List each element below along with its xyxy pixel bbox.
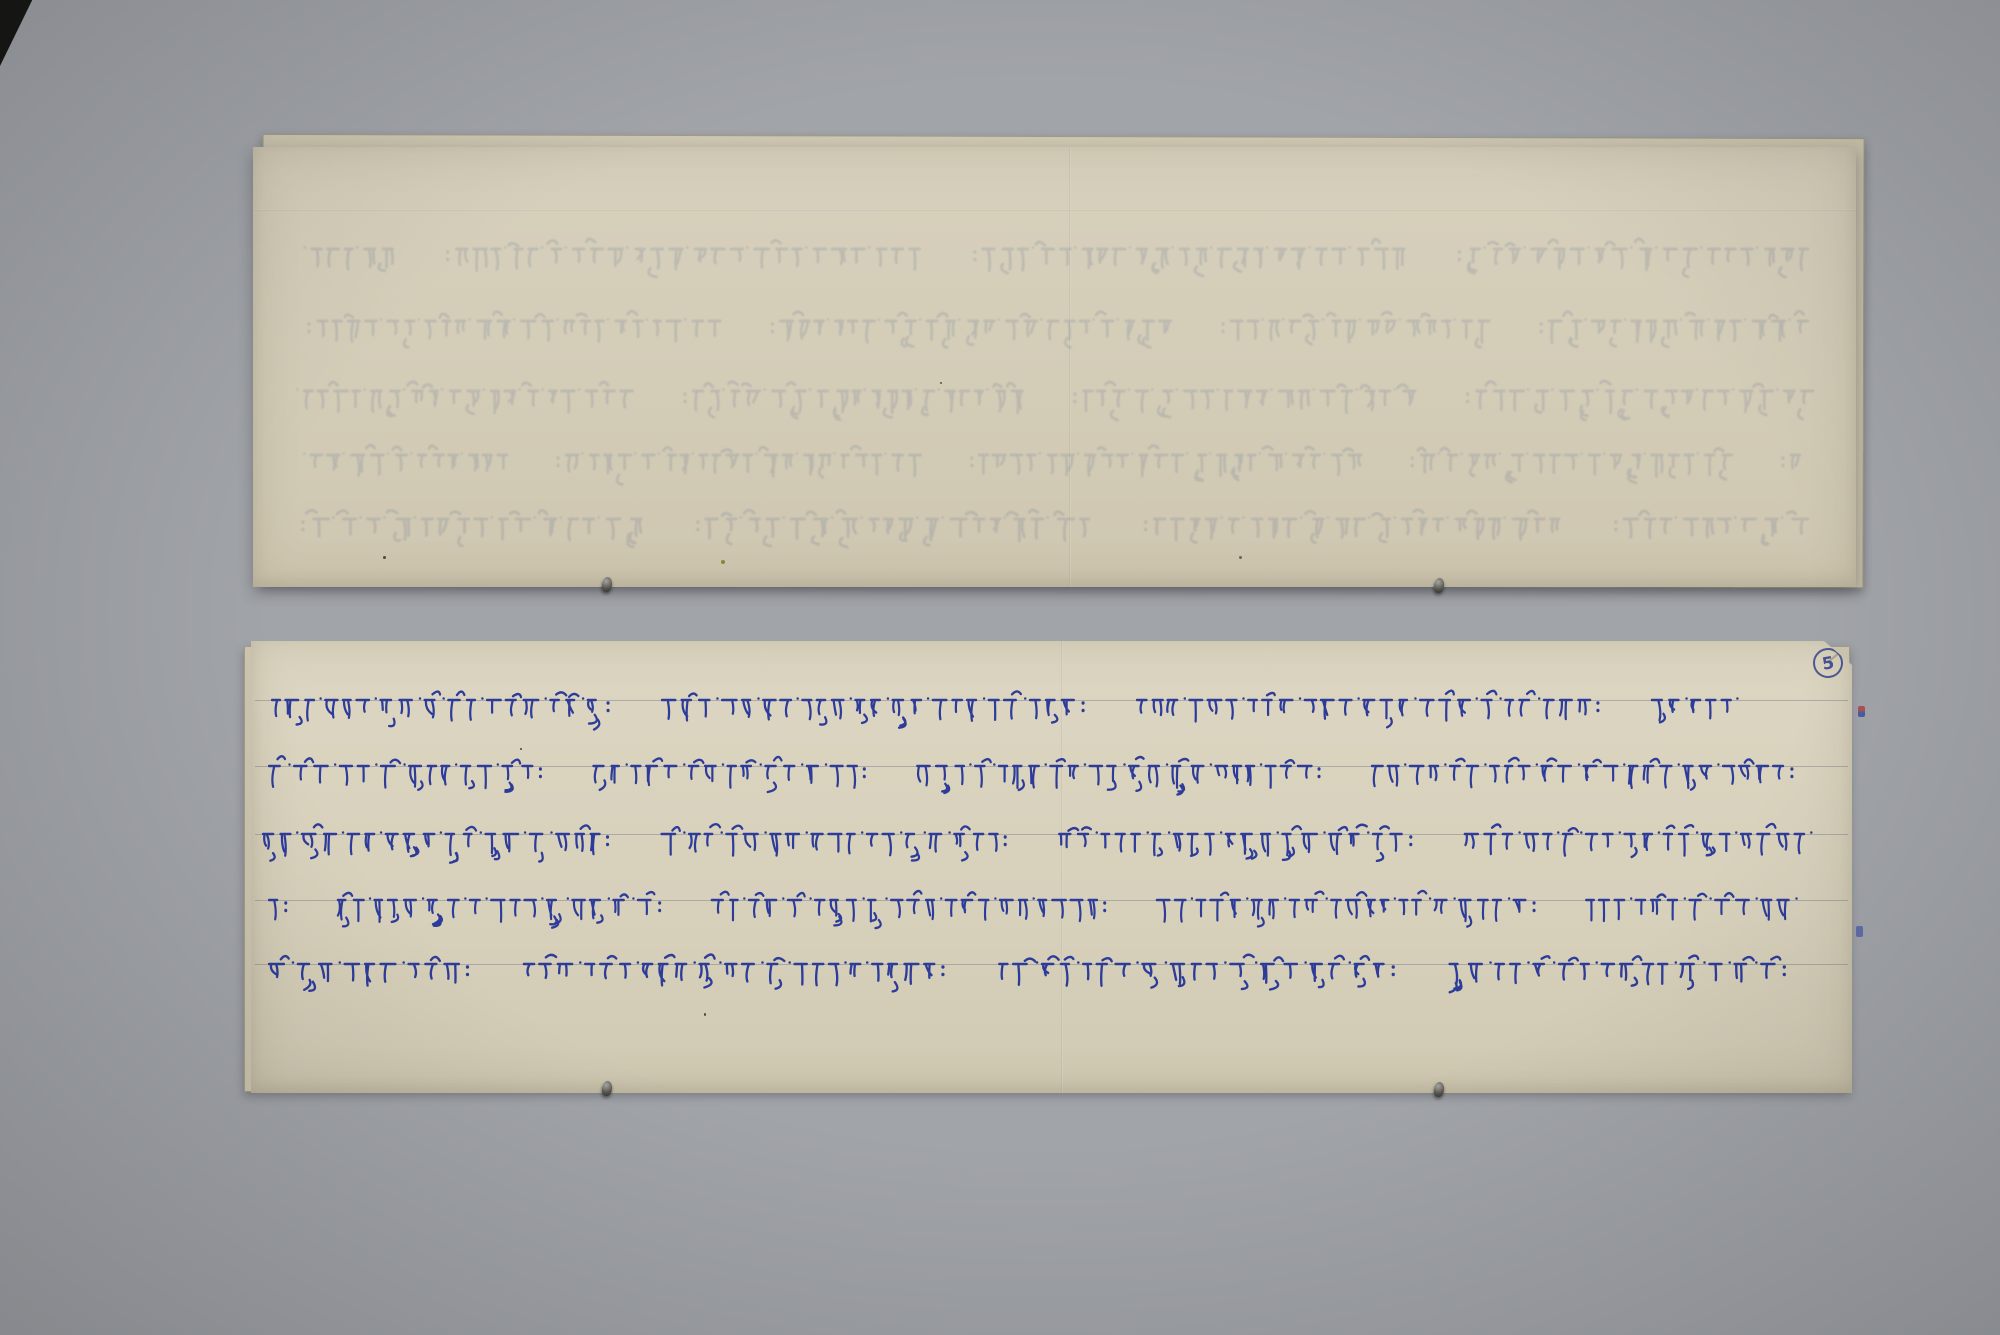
text-line-3	[263, 818, 1816, 866]
photo-corner-shadow	[0, 0, 52, 66]
speck	[383, 556, 386, 559]
pin	[601, 576, 613, 592]
manuscript-page-recto: 5 འདུས་དཔལ་ལྡན་ཡེ་ཤེས་མགོན་པོའི་སྐུཿ མཐི…	[251, 641, 1852, 1093]
pin	[601, 1080, 613, 1096]
bleed-through-line-2	[300, 305, 1808, 353]
pin	[1433, 577, 1445, 593]
text-line-5	[269, 948, 1794, 996]
speck	[704, 1013, 706, 1016]
margin-edge-mark	[1856, 926, 1863, 937]
manuscript-page-verso: blank leaf with faint mirrored ink bleed…	[253, 147, 1856, 587]
text-line-1	[272, 684, 1742, 732]
text-line-4	[269, 884, 1801, 932]
margin-edge-mark	[1858, 706, 1865, 717]
bleed-through-line-4	[300, 439, 1800, 487]
speck	[1239, 556, 1242, 559]
text-line-2	[269, 750, 1801, 798]
photograph: blank leaf with faint mirrored ink bleed…	[0, 0, 2000, 1335]
bleed-through-line-5	[293, 503, 1808, 551]
speck	[940, 382, 942, 384]
horizontal-crease	[253, 209, 1856, 211]
ink-speck	[520, 748, 522, 750]
speck	[721, 560, 725, 564]
bleed-through-line-1	[300, 233, 1808, 281]
bleed-through-line-3	[293, 375, 1813, 423]
pin	[1433, 1081, 1445, 1097]
